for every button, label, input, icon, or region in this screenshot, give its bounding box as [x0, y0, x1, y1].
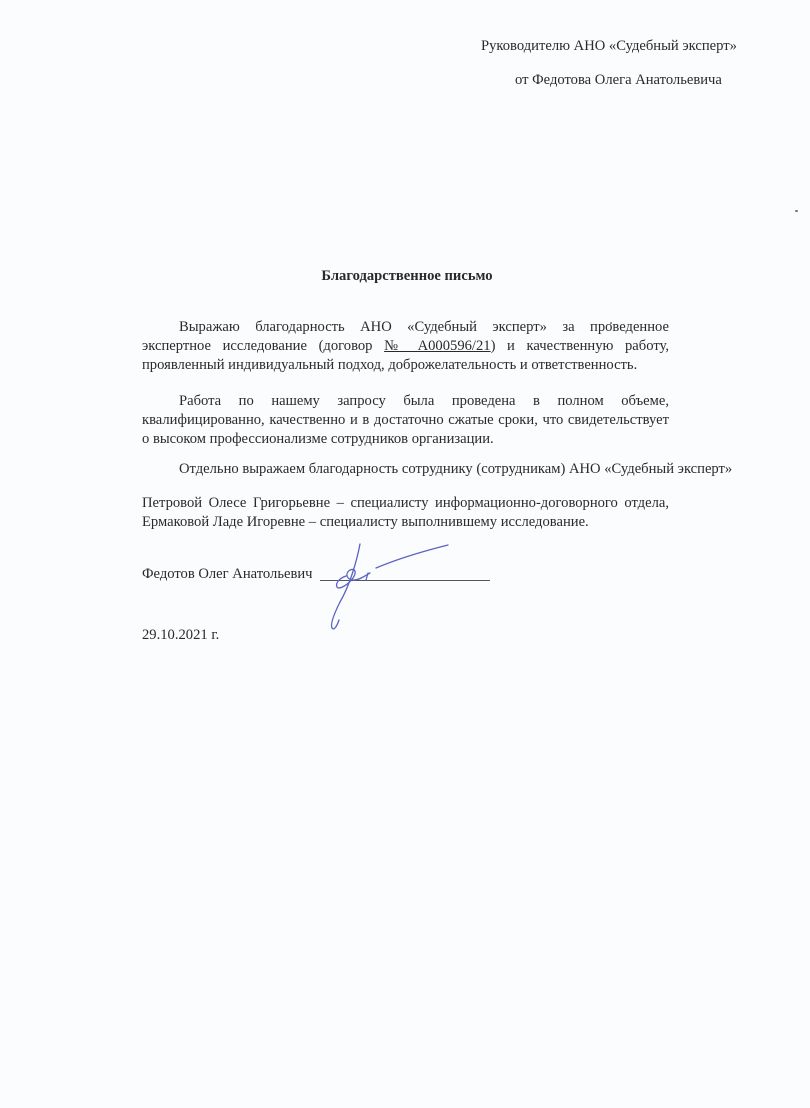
letter-date: 29.10.2021 г. [142, 626, 219, 645]
paragraph-staff-names: Петровой Олесе Григорьевне – специалисту… [142, 494, 669, 532]
scan-speck [795, 210, 798, 212]
paragraph-staff-names-text: Петровой Олесе Григорьевне – специалисту… [142, 494, 669, 532]
document-title: Благодарственное письмо [0, 267, 810, 286]
sender-line: от Федотова Олега Анатольевича [515, 71, 722, 90]
contract-number: № А000596/21 [384, 338, 491, 354]
addressee-line: Руководителю АНО «Судебный эксперт» [481, 37, 737, 56]
handwritten-signature-icon [310, 540, 470, 635]
paragraph-staff-thanks-text: Отдельно выражаем благодарность сотрудни… [142, 460, 782, 479]
paragraph-work-quality-text: Работа по нашему запросу была проведена … [142, 392, 669, 449]
paragraph-gratitude: Выражаю благодарность АНО «Судебный эксп… [142, 318, 669, 375]
signatory-name: Федотов Олег Анатольевич [142, 565, 313, 584]
paragraph-staff-thanks: Отдельно выражаем благодарность сотрудни… [142, 460, 782, 479]
paragraph-work-quality: Работа по нашему запросу была проведена … [142, 392, 669, 449]
letter-page: Руководителю АНО «Судебный эксперт» от Ф… [0, 0, 810, 1108]
